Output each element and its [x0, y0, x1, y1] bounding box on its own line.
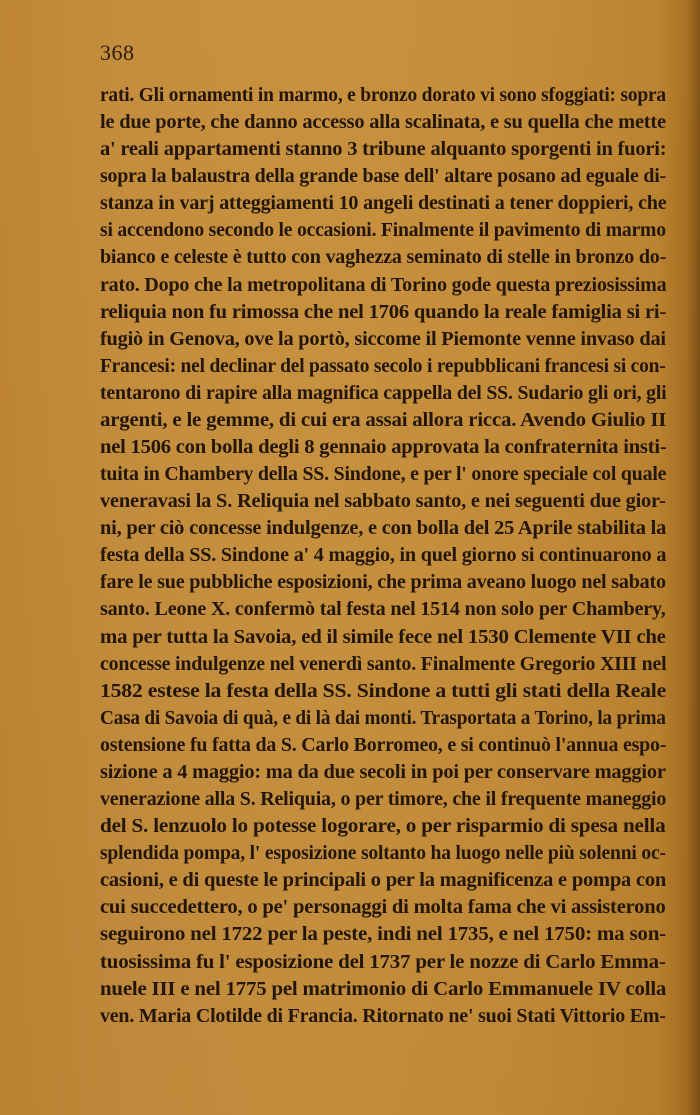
- text-line: a' reali appartamenti stanno 3 tribune a…: [100, 136, 666, 163]
- text-line: casioni, e di queste le principali o per…: [100, 867, 666, 894]
- text-line: ma per tutta la Savoia, ed il simile fec…: [100, 624, 666, 651]
- text-line: fugiò in Genova, ove la portò, siccome i…: [100, 326, 666, 353]
- text-line: festa della SS. Sindone a' 4 maggio, in …: [100, 542, 666, 569]
- text-line: Francesi: nel declinar del passato secol…: [100, 353, 666, 380]
- text-line: bianco e celeste è tutto con vaghezza se…: [100, 244, 666, 271]
- text-line: Casa di Savoia di quà, e di là dai monti…: [100, 705, 666, 732]
- text-line: rati. Gli ornamenti in marmo, e bronzo d…: [100, 82, 666, 109]
- text-line: ni, per ciò concesse indulgenze, e con b…: [100, 515, 666, 542]
- text-line: del S. lenzuolo lo potesse logorare, o p…: [100, 813, 666, 840]
- text-line: nuele III e nel 1775 pel matrimonio di C…: [100, 976, 666, 1003]
- text-line: stanza in varj atteggiamenti 10 angeli d…: [100, 190, 666, 217]
- text-line: ostensione fu fatta da S. Carlo Borromeo…: [100, 732, 666, 759]
- text-line: ven. Maria Clotilde di Francia. Ritornat…: [100, 1003, 666, 1030]
- text-line: rato. Dopo che la metropolitana di Torin…: [100, 272, 666, 299]
- text-line: reliquia non fu rimossa che nel 1706 qua…: [100, 299, 666, 326]
- text-line: tuita in Chambery della SS. Sindone, e p…: [100, 461, 666, 488]
- text-line: fare le sue pubbliche esposizioni, che p…: [100, 569, 666, 596]
- text-line: sizione a 4 maggio: ma da due secoli in …: [100, 759, 666, 786]
- text-line: le due porte, che danno accesso alla sca…: [100, 109, 666, 136]
- text-line: splendida pompa, l' esposizione soltanto…: [100, 840, 666, 867]
- page-number: 368: [100, 40, 135, 66]
- text-line: 1582 estese la festa della SS. Sindone a…: [100, 678, 666, 705]
- text-line: tuosissima fu l' esposizione del 1737 pe…: [100, 949, 666, 976]
- text-line: argenti, e le gemme, di cui era assai al…: [100, 407, 666, 434]
- body-text: rati. Gli ornamenti in marmo, e bronzo d…: [100, 82, 666, 1030]
- text-line: venerazione alla S. Reliquia, o per timo…: [100, 786, 666, 813]
- text-line: si accendono secondo le occasioni. Final…: [100, 217, 666, 244]
- text-line: veneravasi la S. Reliquia nel sabbato sa…: [100, 488, 666, 515]
- text-line: cui succedettero, o pe' personaggi di mo…: [100, 894, 666, 921]
- text-line: concesse indulgenze nel venerdì santo. F…: [100, 651, 666, 678]
- text-line: sopra la balaustra della grande base del…: [100, 163, 666, 190]
- text-line: santo. Leone X. confermò tal festa nel 1…: [100, 596, 666, 623]
- text-line: nel 1506 con bolla degli 8 gennaio appro…: [100, 434, 666, 461]
- text-line: seguirono nel 1722 per la peste, indi ne…: [100, 921, 666, 948]
- text-line: tentarono di rapire alla magnifica cappe…: [100, 380, 666, 407]
